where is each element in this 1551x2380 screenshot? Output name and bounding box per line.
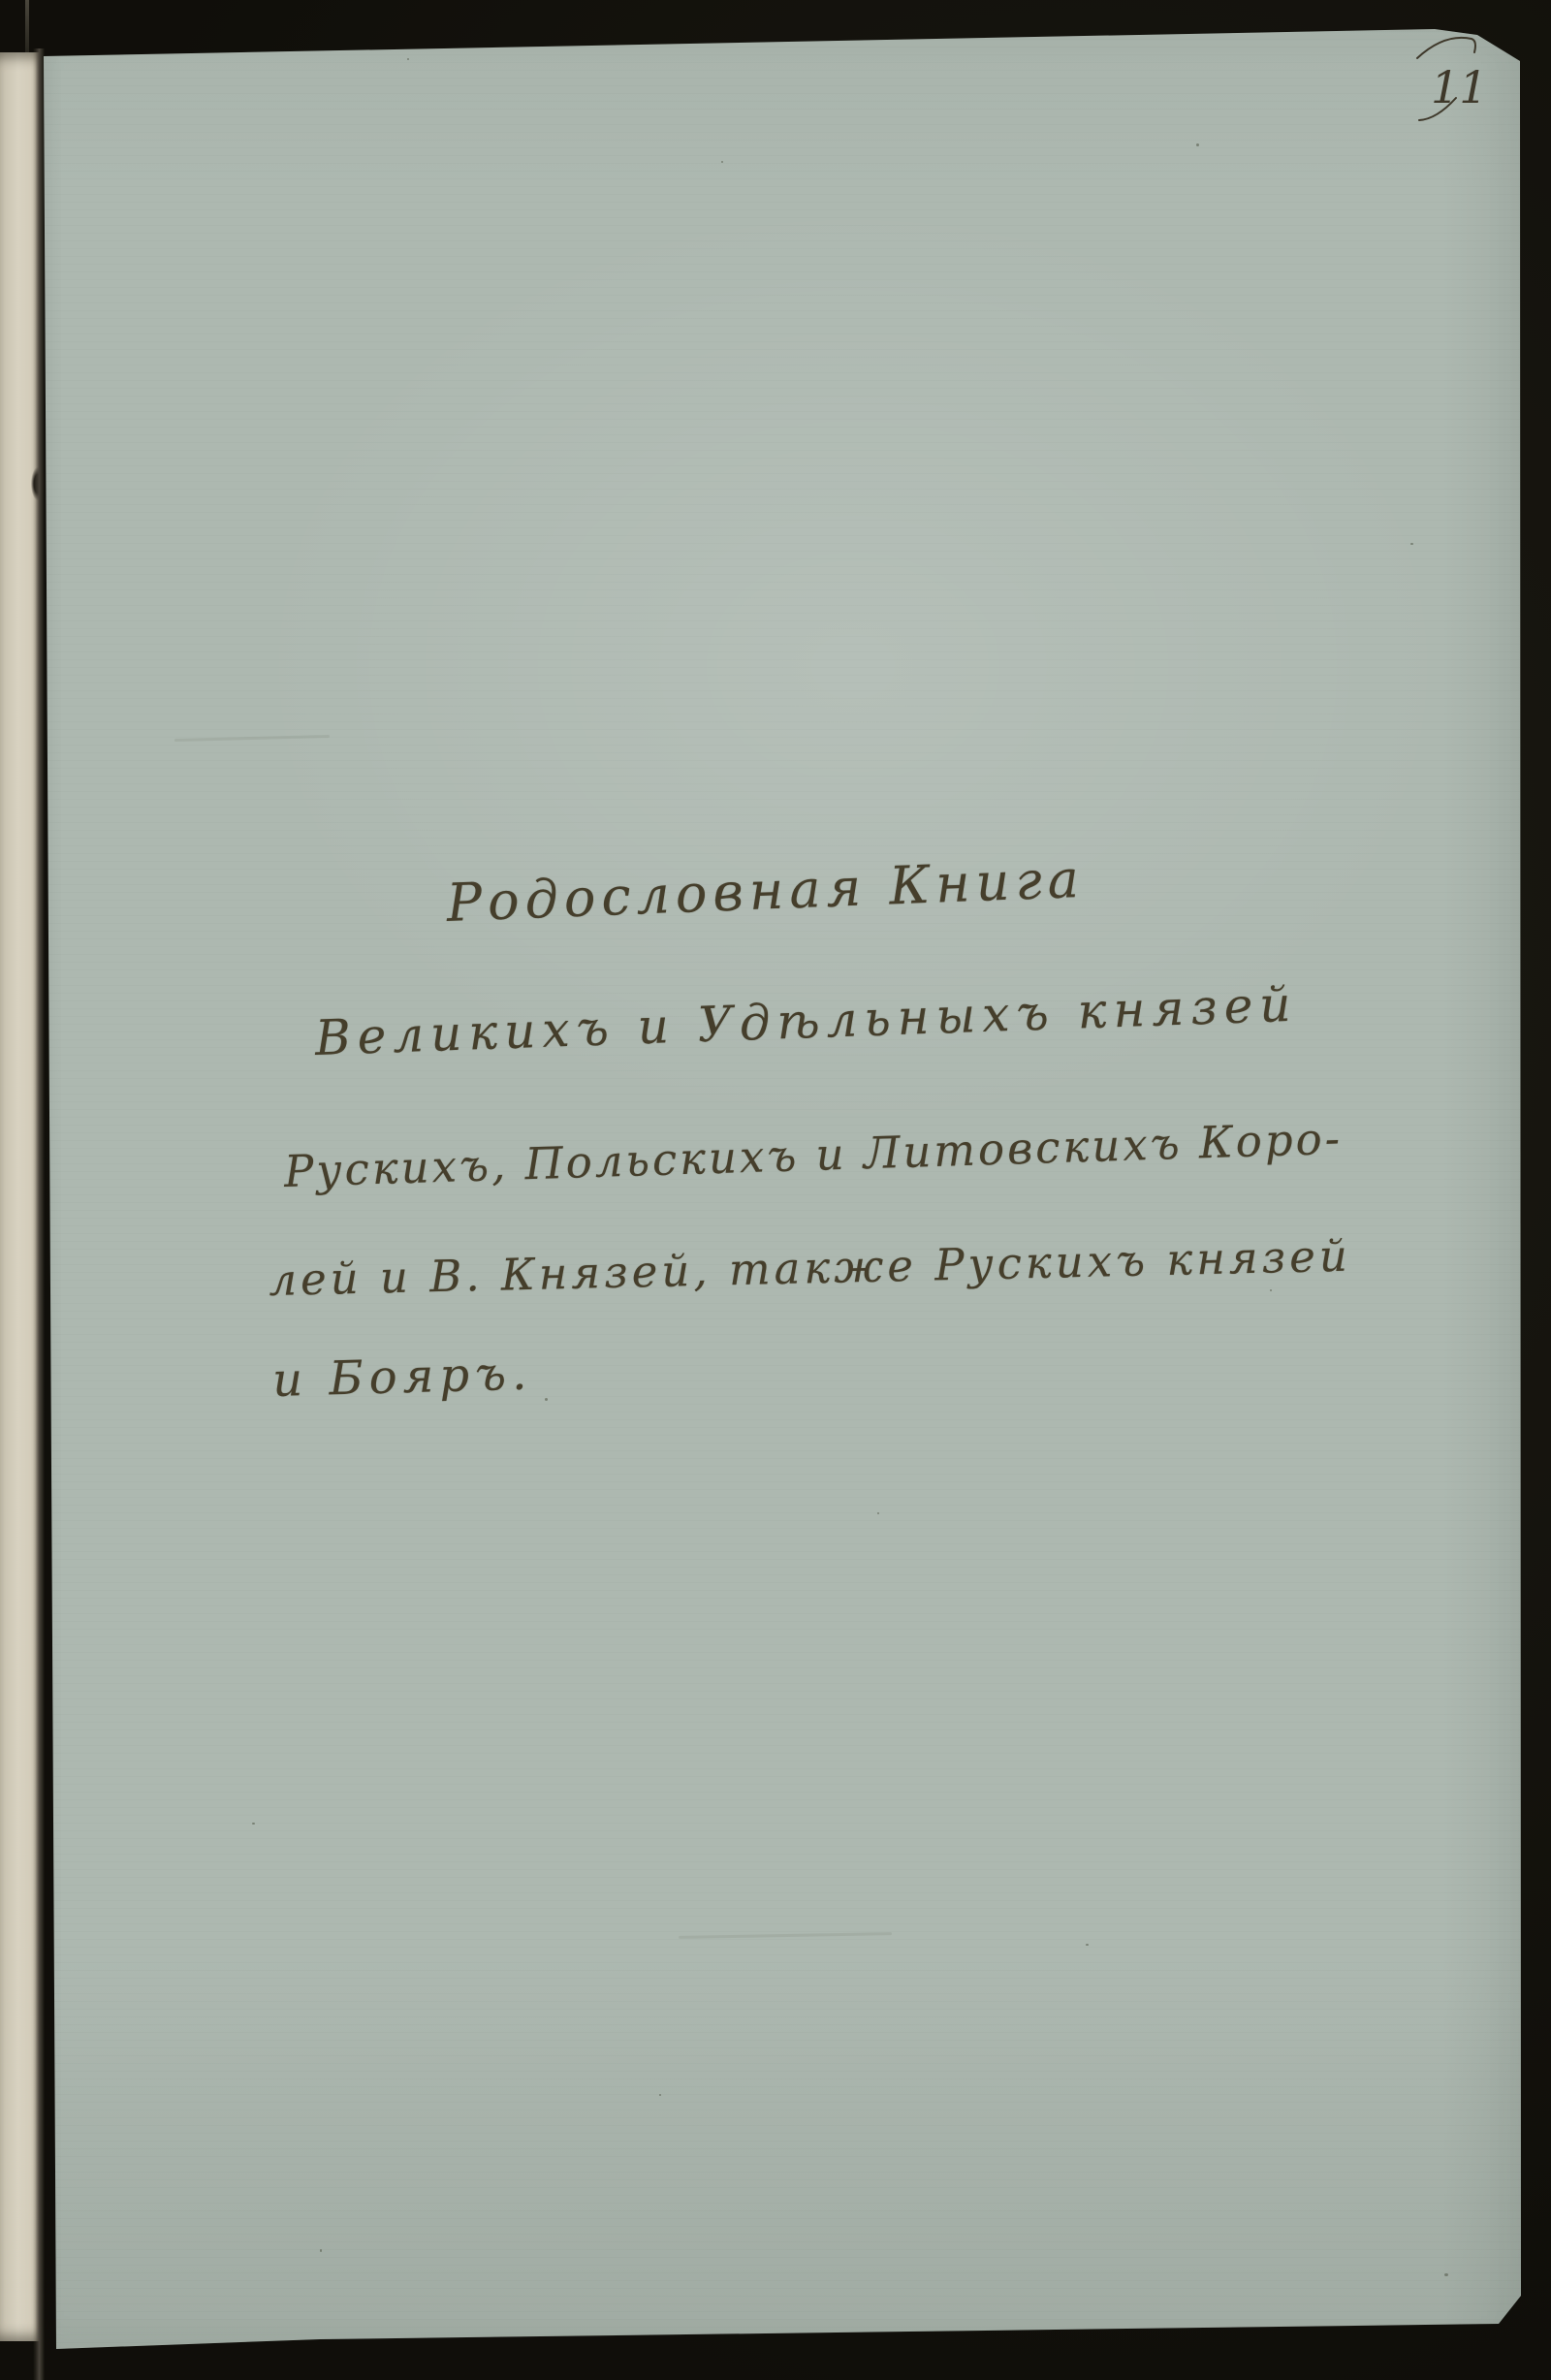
paper-fleck (1196, 143, 1199, 146)
page-number-group: 11 (1396, 23, 1522, 140)
paper-fleck (659, 2094, 661, 2096)
paper-fleck (1086, 1944, 1089, 1946)
paper-fleck (721, 161, 723, 163)
title-line-2: Великихъ и Удѣльныхъ князей (314, 976, 1298, 1066)
title-line-4: лей и В. Князей, также Рускихъ князей (269, 1230, 1352, 1306)
paper-fleck (407, 58, 409, 60)
paper-fleck (1410, 543, 1413, 545)
book-cover-edge (25, 0, 29, 58)
manuscript-scan: 11 Родословная Книга Великихъ и Удѣльных… (0, 0, 1551, 2380)
title-line-5: и Бояръ. (271, 1347, 533, 1408)
paper-fleck (1270, 1289, 1272, 1291)
paper-fleck (320, 2249, 322, 2252)
paper-fleck (252, 1823, 255, 1825)
binding-gutter (33, 48, 45, 2380)
page-number: 11 (1431, 61, 1488, 113)
title-line-1: Родословная Книга (446, 848, 1086, 934)
paper-fleck (877, 1512, 879, 1514)
title-line-3: Рускихъ, Польскихъ и Литовскихъ Коро- (283, 1113, 1343, 1197)
paper-fleck (1444, 2273, 1448, 2276)
paper-streak (174, 735, 330, 742)
page-number-flourish-top (1417, 38, 1475, 58)
manuscript-page: 11 Родословная Книга Великихъ и Удѣльных… (0, 0, 1551, 2380)
paper-streak (679, 1932, 892, 1939)
ink-dot (545, 1398, 548, 1401)
